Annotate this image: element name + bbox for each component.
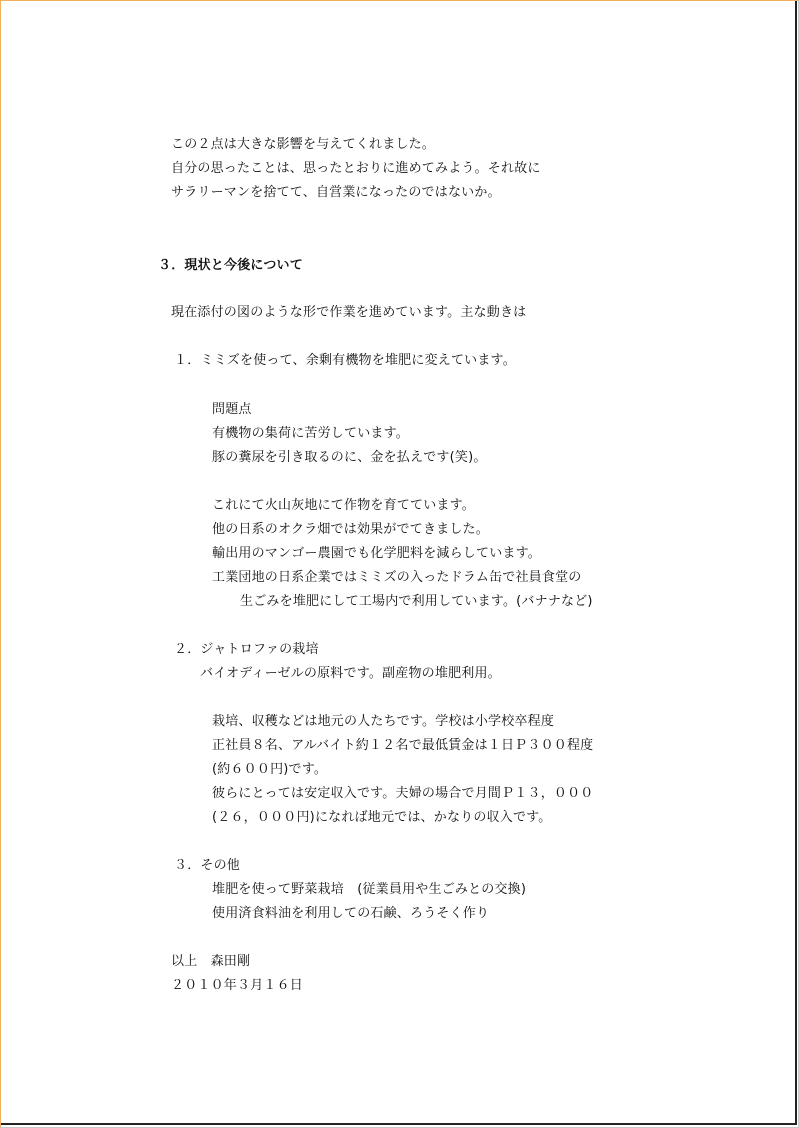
- item-title: ３．その他: [174, 858, 240, 874]
- signature: 以上 森田剛: [171, 954, 250, 970]
- problems-label: 問題点: [212, 402, 252, 418]
- detail-line: (２６，０００円)になれば地元では、かなりの収入です。: [212, 810, 552, 826]
- detail-line: 栽培、収穫などは地元の人たちです。学校は小学校卒程度: [212, 714, 554, 730]
- detail-line: 堆肥を使って野菜栽培 (従業員用や生ごみとの交換): [212, 882, 526, 898]
- detail-line: 使用済食料油を利用しての石鹸、ろうそく作り: [212, 906, 489, 922]
- problem-line: 豚の糞尿を引き取るのに、金を払えです(笑)。: [212, 450, 487, 466]
- section-heading: ３．現状と今後について: [158, 258, 303, 274]
- intro-line: 自分の思ったことは、思ったとおりに進めてみよう。それ故に: [171, 161, 541, 177]
- item-title: １．ミミズを使って、余剰有機物を堆肥に変えています。: [174, 353, 516, 369]
- use-line: 他の日系のオクラ畑では効果がでてきました。: [212, 522, 489, 538]
- item-title: ２．ジャトロファの栽培: [174, 642, 319, 658]
- item-subtitle: バイオディーゼルの原料です。副産物の堆肥利用。: [200, 666, 501, 682]
- intro-line: サラリーマンを捨てて、自営業になったのではないか。: [171, 185, 501, 201]
- date: ２０１０年３月１６日: [171, 978, 303, 994]
- use-line-continued: 生ごみを堆肥にして工場内で利用しています。(バナナなど): [240, 594, 593, 610]
- intro-line: この２点は大きな影響を与えてくれました。: [171, 137, 435, 153]
- use-line: 工業団地の日系企業ではミミズの入ったドラム缶で社員食堂の: [212, 570, 581, 586]
- problem-line: 有機物の集荷に苦労しています。: [212, 426, 409, 442]
- section-lead: 現在添付の図のような形で作業を進めています。主な動きは: [171, 305, 526, 321]
- use-line: これにて火山灰地にて作物を育てています。: [212, 498, 475, 514]
- use-line: 輸出用のマンゴー農園でも化学肥料を減らしています。: [212, 546, 541, 562]
- detail-line: 彼らにとっては安定収入です。夫婦の場合で月間Ｐ１３，０００: [212, 786, 594, 802]
- detail-line: 正社員８名、アルバイト約１２名で最低賃金は１日Ｐ３００程度: [212, 738, 593, 754]
- detail-line: (約６００円)です。: [212, 762, 327, 778]
